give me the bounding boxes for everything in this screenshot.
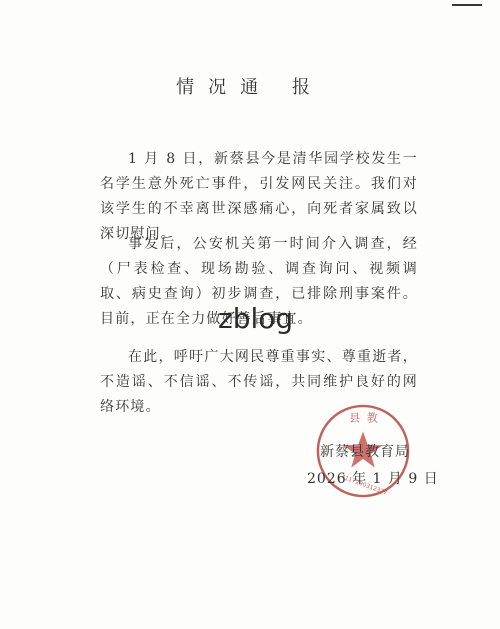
svg-text:县: 县 [349,412,360,425]
top-edge-mark [452,4,482,6]
issue-date: 2026 年 1 月 9 日 [307,468,439,488]
document-title: 情况通 报 [0,73,500,99]
svg-text:教: 教 [367,412,378,425]
watermark-text: zblog [218,302,293,335]
signature-issuer: 新蔡县教育局 [320,441,410,461]
